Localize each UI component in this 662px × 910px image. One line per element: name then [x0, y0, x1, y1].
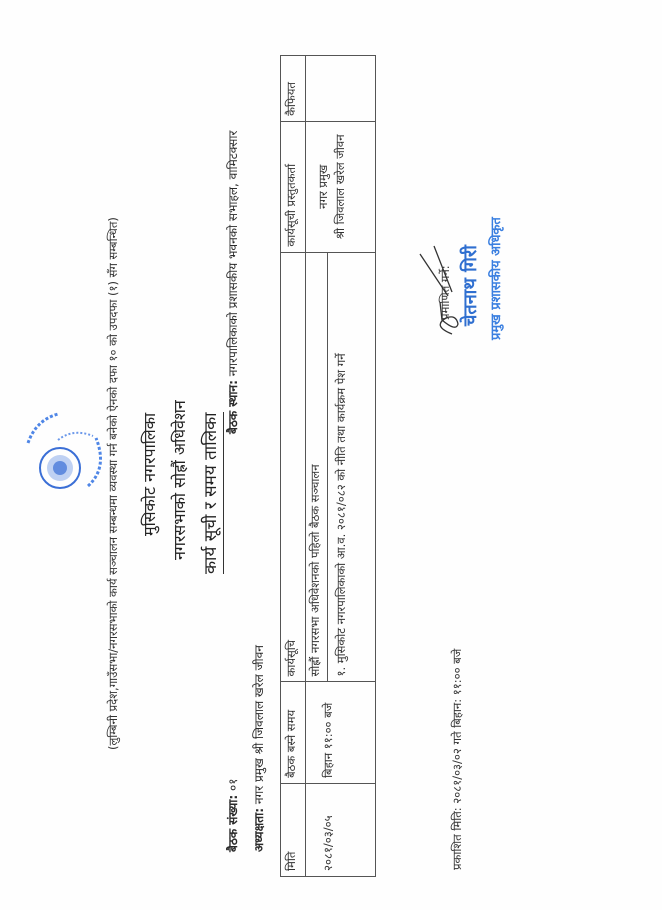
- published-date: प्रकाशित मिति: २०८१/०३/०२ गते बिहान: ११:…: [450, 649, 465, 870]
- schedule-title: कार्य सूची र समय तालिका: [198, 412, 224, 574]
- header-date: मिति: [281, 783, 306, 876]
- meeting-number: बैठक संख्या: ०१: [224, 778, 241, 852]
- cell-date: २०८१/०३/०५: [306, 783, 376, 876]
- chairperson: अध्यक्षता: नगर प्रमुख श्री जिवलाल खरेल ज…: [250, 645, 267, 852]
- header-presenter: कार्यसूची प्रस्तुतकर्ता: [281, 121, 306, 252]
- municipal-stamp: [18, 398, 108, 498]
- municipality-title: मुसिकोट नगरपालिका: [138, 413, 160, 536]
- header-time: बैठक बस्ने समय: [281, 682, 306, 783]
- meeting-number-value: ०१: [226, 778, 240, 790]
- schedule-table: मिति बैठक बस्ने समय कार्यसूचि कार्यसूची …: [280, 55, 376, 877]
- cell-remarks: [306, 56, 376, 122]
- agenda-item: १. मुसिकोट नगरपालिकाको आ.व. २०८१/०८२ को …: [328, 258, 349, 677]
- session-title: नगरसभाको सोह्रौं अधिवेशन: [168, 400, 190, 560]
- chair-value: नगर प्रमुख श्री जिवलाल खरेल जीवन: [252, 645, 266, 804]
- cell-presenter: नगर प्रमुख श्री जिवलाल खरेल जीवन: [306, 121, 376, 252]
- header-remarks: कैफियत: [281, 56, 306, 122]
- table-header-row: मिति बैठक बस्ने समय कार्यसूचि कार्यसूची …: [281, 56, 306, 877]
- header-agenda: कार्यसूचि: [281, 252, 306, 682]
- certified-by-label: प्रमाणित गर्ने:: [438, 265, 453, 320]
- signatory-name: चेतनाथ गिरी: [458, 245, 482, 326]
- table-row: २०८१/०३/०५ बिहान ११:०० बजे सोह्रौं नगरसभ…: [306, 56, 376, 877]
- document-page: (लुम्बिनी प्रदेश,गाउँसभा/नगरसभाको कार्य …: [0, 0, 662, 910]
- venue-value: नगरपालिकाको प्रशासकीय भवनको सभाहल, वामिट…: [226, 131, 240, 377]
- chair-label: अध्यक्षता:: [252, 808, 266, 852]
- presenter-role: नगर प्रमुख: [315, 127, 332, 247]
- venue-label: बैठक स्थान:: [226, 380, 240, 434]
- cell-agenda: सोह्रौं नगरसभा अधिवेशनको पहिलो बैठक सञ्च…: [306, 252, 376, 682]
- meeting-venue: बैठक स्थान: नगरपालिकाको प्रशासकीय भवनको …: [224, 131, 241, 434]
- meeting-number-label: बैठक संख्या:: [226, 795, 240, 852]
- signatory-title: प्रमुख प्रशासकीय अधिकृत: [486, 217, 504, 340]
- cell-time: बिहान ११:०० बजे: [306, 682, 376, 783]
- presenter-name: श्री जिवलाल खरेल जीवन: [332, 127, 349, 247]
- seal-emblem-icon: [18, 398, 108, 498]
- legal-reference-line: (लुम्बिनी प्रदेश,गाउँसभा/नगरसभाको कार्य …: [106, 90, 121, 750]
- agenda-title: सोह्रौं नगरसभा अधिवेशनको पहिलो बैठक सञ्च…: [306, 253, 328, 682]
